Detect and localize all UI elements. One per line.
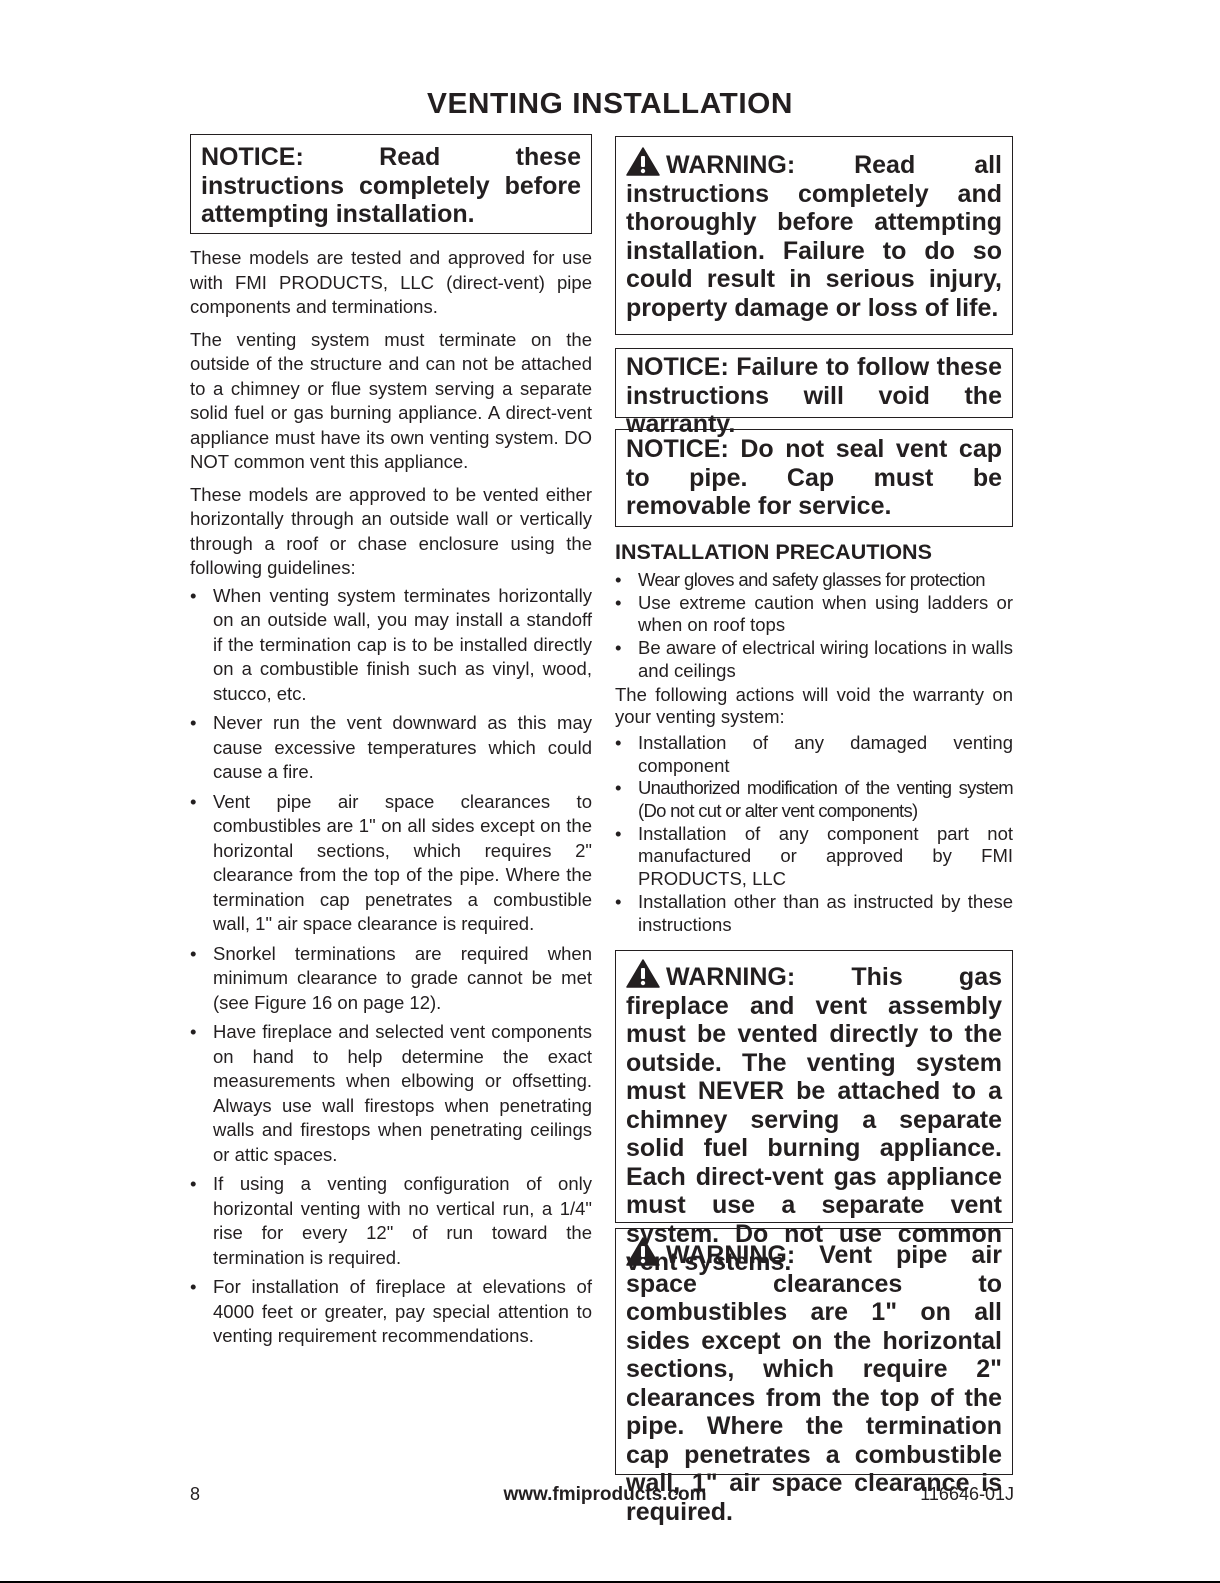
bullet-icon: • xyxy=(615,732,627,755)
warning-triangle-icon xyxy=(626,959,660,988)
list-item: •Use extreme caution when using ladders … xyxy=(615,592,1013,637)
warning-clearances-text: WARNING: Vent pipe air space clearances … xyxy=(626,1241,1002,1526)
void-warranty-intro: The following actions will void the warr… xyxy=(615,684,1013,729)
warning-read-instructions-box: WARNING: Read all instructions completel… xyxy=(615,136,1013,335)
bullet-icon: • xyxy=(190,942,202,967)
notice-read-instructions-text: NOTICE: Read these instructions complete… xyxy=(201,143,581,228)
list-item: •When venting system terminates horizont… xyxy=(190,584,592,707)
bullet-icon: • xyxy=(190,1275,202,1300)
bullet-icon: • xyxy=(190,1020,202,1045)
bullet-icon: • xyxy=(615,777,627,800)
list-item: •Installation other than as instructed b… xyxy=(615,891,1013,936)
guidelines-list: •When venting system terminates horizont… xyxy=(190,584,592,1349)
list-item: •Never run the vent downward as this may… xyxy=(190,711,592,785)
list-item: •Installation of any component part not … xyxy=(615,823,1013,891)
list-item: •Be aware of electrical wiring locations… xyxy=(615,637,1013,682)
right-column: WARNING: Read all instructions completel… xyxy=(615,136,1013,936)
warning-read-instructions-text: WARNING: Read all instructions completel… xyxy=(626,151,1002,322)
left-column: NOTICE: Read these instructions complete… xyxy=(190,134,592,1349)
warning-triangle-icon xyxy=(626,147,660,176)
list-item: •Wear gloves and safety glasses for prot… xyxy=(615,569,1013,592)
precautions-list: •Wear gloves and safety glasses for prot… xyxy=(615,569,1013,683)
installation-precautions-heading: INSTALLATION PRECAUTIONS xyxy=(615,539,1013,565)
bullet-icon: • xyxy=(615,592,627,615)
bullet-icon: • xyxy=(190,1172,202,1197)
bullet-icon: • xyxy=(615,823,627,846)
warning-clearances-box: WARNING: Vent pipe air space clearances … xyxy=(615,1228,1013,1475)
list-item: •If using a venting configuration of onl… xyxy=(190,1172,592,1270)
intro-paragraph-terminate: The venting system must terminate on the… xyxy=(190,328,592,475)
notice-void-warranty-text: NOTICE: Failure to follow these instruct… xyxy=(626,353,1002,438)
warning-triangle-icon xyxy=(626,1237,660,1266)
website-link[interactable]: www.fmiproducts.com xyxy=(0,1484,1210,1506)
page-title: VENTING INSTALLATION xyxy=(0,88,1220,121)
bullet-icon: • xyxy=(190,711,202,736)
list-item: •For installation of fireplace at elevat… xyxy=(190,1275,592,1349)
notice-vent-cap-text: NOTICE: Do not seal vent cap to pipe. Ca… xyxy=(626,435,1002,520)
list-item: •Vent pipe air space clearances to combu… xyxy=(190,790,592,937)
bullet-icon: • xyxy=(190,584,202,609)
notice-void-warranty-box: NOTICE: Failure to follow these instruct… xyxy=(615,348,1013,418)
bullet-icon: • xyxy=(615,637,627,660)
intro-paragraph-approved: These models are tested and approved for… xyxy=(190,246,592,320)
notice-read-instructions-box: NOTICE: Read these instructions complete… xyxy=(190,134,592,234)
document-number: 116646-01J xyxy=(920,1484,1014,1505)
warning-vent-outside-box: WARNING: This gas fireplace and vent ass… xyxy=(615,950,1013,1223)
list-item: •Installation of any damaged venting com… xyxy=(615,732,1013,777)
list-item: •Have fireplace and selected vent compon… xyxy=(190,1020,592,1167)
notice-vent-cap-box: NOTICE: Do not seal vent cap to pipe. Ca… xyxy=(615,429,1013,527)
bullet-icon: • xyxy=(615,569,627,592)
intro-paragraph-guidelines: These models are approved to be vented e… xyxy=(190,483,592,581)
bullet-icon: • xyxy=(615,891,627,914)
bullet-icon: • xyxy=(190,790,202,815)
void-warranty-list: •Installation of any damaged venting com… xyxy=(615,732,1013,936)
list-item: •Unauthorized modification of the ventin… xyxy=(615,777,1013,822)
list-item: •Snorkel terminations are required when … xyxy=(190,942,592,1016)
